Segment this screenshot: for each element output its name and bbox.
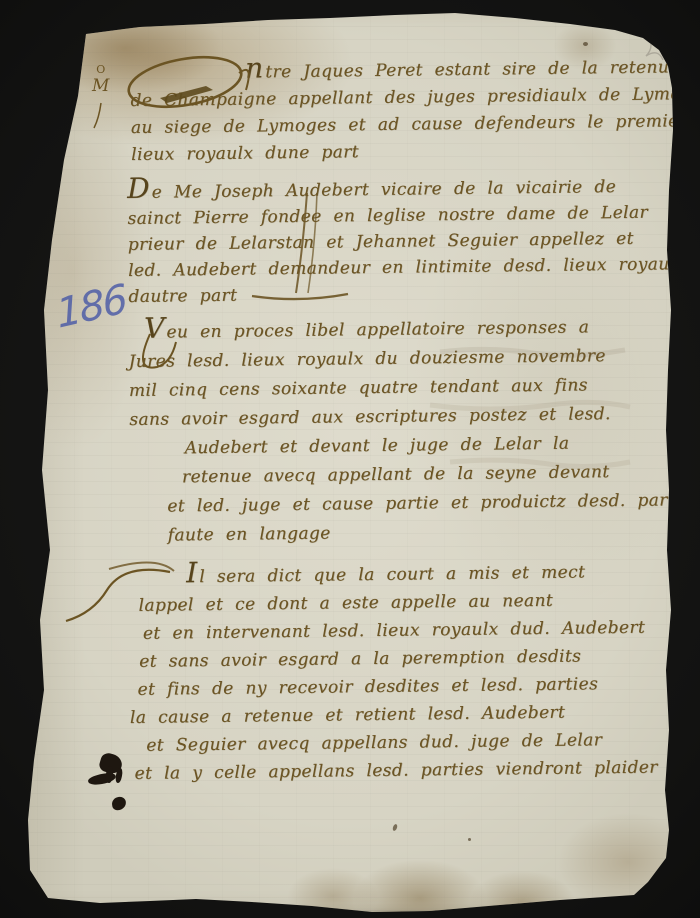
manuscript-line: lieux royaulx dune part [131, 135, 700, 169]
manuscript-line: Il sera dict que la court a mis et mect [186, 554, 656, 592]
folio-number: 186 [54, 276, 128, 338]
paragraph-sentence: Il sera dict que la court a mis et mect … [128, 554, 658, 788]
registrar-mark-bottom: M [92, 78, 109, 95]
registrar-mark-top: O [92, 64, 109, 75]
paragraph-veu-proces: Veu en proces libel appellatoire respons… [128, 307, 700, 551]
manuscript-line: faute en langage [168, 515, 700, 551]
manuscript-line: dautre part [128, 277, 686, 310]
paper-speck [468, 838, 471, 841]
registrar-mark: O M [92, 64, 109, 95]
ink-blot [105, 766, 114, 784]
ink-blot [111, 796, 127, 811]
paragraph-respondents: De Me Joseph Audebert vicaire de la vica… [127, 169, 686, 310]
manuscript-page: O M 186 ntre Jaques Peret estant sire de… [0, 0, 700, 918]
photo-background: O M 186 ntre Jaques Peret estant sire de… [0, 0, 700, 918]
registrar-descender [94, 103, 101, 128]
manuscript-line: et la y celle appellans lesd. parties vi… [134, 754, 658, 788]
paragraph-heading-parties: ntre Jaques Peret estant sire de la rete… [130, 49, 700, 169]
paper-speck [392, 824, 398, 832]
paper-speck [583, 42, 588, 46]
